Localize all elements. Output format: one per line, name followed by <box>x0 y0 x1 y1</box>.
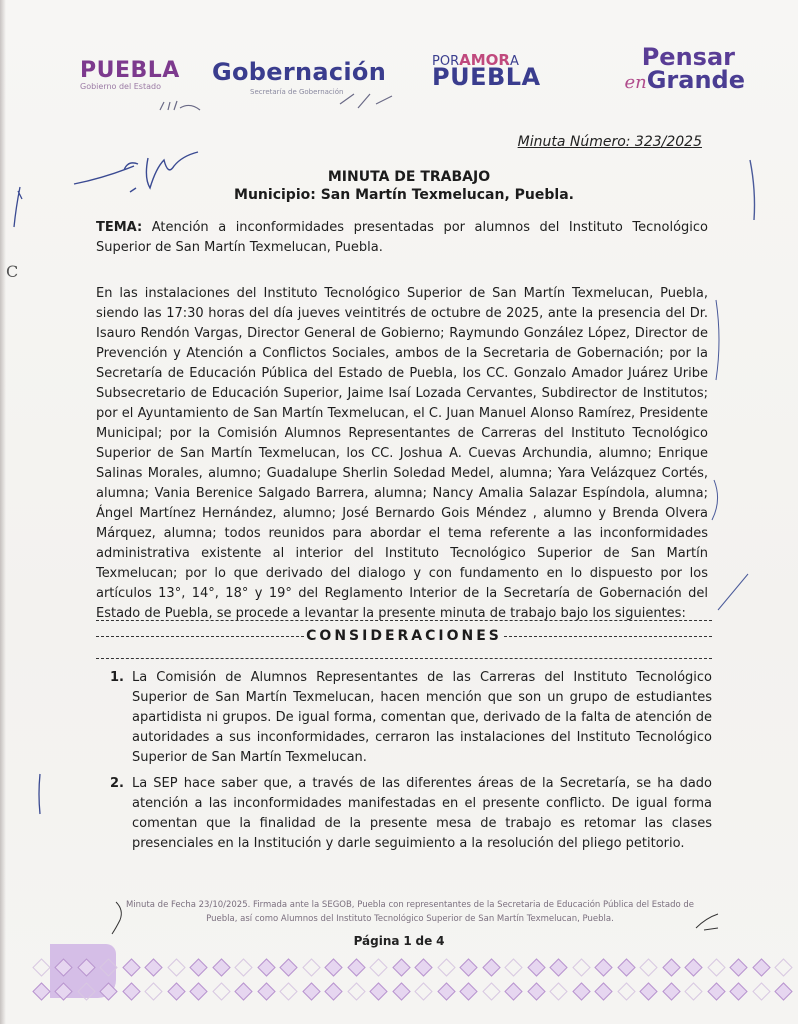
logo-en-grande: enGrande <box>600 69 745 94</box>
ornament-diamond <box>437 958 455 976</box>
ornament-diamond <box>167 958 185 976</box>
ornament-diamond <box>370 982 388 1000</box>
ornament-diamond <box>145 982 163 1000</box>
ornament-diamond <box>730 982 748 1000</box>
ornament-diamond <box>325 958 343 976</box>
ornament-diamond <box>302 982 320 1000</box>
ornament-diamond <box>662 958 680 976</box>
ornament-diamond <box>775 958 793 976</box>
ornament-diamond <box>100 958 118 976</box>
logo-gobernacion: Gobernación <box>212 58 386 86</box>
ornament-diamond <box>527 982 545 1000</box>
page-label: Página <box>354 934 400 948</box>
ornament-diamond <box>505 982 523 1000</box>
ornament-diamond <box>100 982 118 1000</box>
handwritten-initials-top <box>140 92 340 122</box>
ornament-diamond <box>212 982 230 1000</box>
ornament-diamond <box>482 982 500 1000</box>
ornament-diamond <box>235 958 253 976</box>
dashed-fill-right <box>504 636 712 637</box>
ornament-diamond <box>145 958 163 976</box>
ornament-diamond <box>55 982 73 1000</box>
ornament-diamond <box>257 982 275 1000</box>
consideration-item: 2. La SEP hace saber que, a través de la… <box>132 774 712 854</box>
tema-paragraph: TEMA: Atención a inconformidades present… <box>96 218 708 258</box>
document-page: PUEBLA Gobierno del Estado Gobernación S… <box>0 0 798 1024</box>
page-total: 4 <box>436 934 444 948</box>
ornament-diamond <box>415 958 433 976</box>
section-heading-row: CONSIDERACIONES <box>96 626 712 646</box>
ornament-diamond <box>685 982 703 1000</box>
page-of: de <box>416 934 433 948</box>
dashed-divider-top <box>96 620 712 621</box>
page-number: Página 1 de 4 <box>0 934 798 948</box>
item-text: La SEP hace saber que, a través de las d… <box>132 776 712 851</box>
tema-label: TEMA: <box>96 220 142 235</box>
ornament-diamond <box>775 982 793 1000</box>
logo-puebla-subtitle: Gobierno del Estado <box>80 82 161 91</box>
ornament-diamond <box>302 958 320 976</box>
item-text: La Comisión de Alumnos Representantes de… <box>132 670 712 765</box>
ornament-diamond <box>190 982 208 1000</box>
ornament-diamond <box>527 958 545 976</box>
logo-puebla: PUEBLA <box>80 58 180 83</box>
ornament-diamond <box>550 982 568 1000</box>
item-number: 2. <box>110 774 124 794</box>
ornament-diamond <box>685 958 703 976</box>
ornament-diamond <box>55 958 73 976</box>
margin-bracket-right <box>710 290 798 670</box>
logo-en: en <box>624 72 646 93</box>
logo-pensar-en-grande: Pensar enGrande <box>600 45 745 94</box>
ornament-diamond <box>505 958 523 976</box>
ornament-diamond <box>347 982 365 1000</box>
ornament-diamond <box>212 958 230 976</box>
ornament-diamond <box>77 982 95 1000</box>
footer-note: Minuta de Fecha 23/10/2025. Firmada ante… <box>120 898 700 926</box>
decorative-diamond-border <box>30 958 795 1002</box>
ornament-diamond <box>572 982 590 1000</box>
ornament-diamond <box>595 982 613 1000</box>
title-line-2: Municipio: San Martín Texmelucan, Puebla… <box>0 186 798 204</box>
section-heading: CONSIDERACIONES <box>304 628 504 644</box>
document-title: MINUTA DE TRABAJO Municipio: San Martín … <box>0 168 798 204</box>
ornament-diamond <box>595 958 613 976</box>
ornament-diamond <box>617 982 635 1000</box>
dashed-divider-bottom <box>96 658 712 659</box>
ornament-diamond <box>415 982 433 1000</box>
ornament-diamond <box>257 958 275 976</box>
item-number: 1. <box>110 668 124 688</box>
ornament-diamond <box>32 958 50 976</box>
ornament-diamond <box>640 958 658 976</box>
margin-mark-left-lower <box>30 770 50 820</box>
ornament-diamond <box>392 958 410 976</box>
ornament-diamond <box>550 958 568 976</box>
logo-por-amor-a-puebla: PORAMORA PUEBLA <box>432 50 541 87</box>
ornament-diamond <box>617 958 635 976</box>
ornament-diamond <box>752 982 770 1000</box>
ornament-diamond <box>752 958 770 976</box>
ornament-diamond <box>77 958 95 976</box>
ornament-diamond <box>572 958 590 976</box>
logo-grande: Grande <box>647 66 745 94</box>
consideration-item: 1. La Comisión de Alumnos Representantes… <box>132 668 712 768</box>
ornament-diamond <box>325 982 343 1000</box>
scan-edge-shadow <box>0 0 6 1024</box>
page-current: 1 <box>403 934 411 948</box>
margin-letter-c: C <box>6 262 18 281</box>
ornament-diamond <box>707 958 725 976</box>
ornament-diamond <box>482 958 500 976</box>
dashed-fill-left <box>96 636 304 637</box>
ornament-diamond <box>235 982 253 1000</box>
logo-amor-puebla: PUEBLA <box>432 67 541 87</box>
ornament-diamond <box>640 982 658 1000</box>
tema-text: Atención a inconformidades presentadas p… <box>96 220 708 255</box>
ornament-diamond <box>280 958 298 976</box>
ornament-diamond <box>460 958 478 976</box>
intro-paragraph: En las instalaciones del Instituto Tecno… <box>96 284 708 624</box>
ornament-diamond <box>122 958 140 976</box>
ornament-diamond <box>707 982 725 1000</box>
ornament-diamond <box>167 982 185 1000</box>
ornament-diamond <box>437 982 455 1000</box>
ornament-diamond <box>122 982 140 1000</box>
minuta-number: Minuta Número: 323/2025 <box>518 134 702 150</box>
ornament-diamond <box>190 958 208 976</box>
ornament-diamond <box>460 982 478 1000</box>
ornament-diamond <box>347 958 365 976</box>
title-line-1: MINUTA DE TRABAJO <box>0 168 798 186</box>
ornament-diamond <box>32 982 50 1000</box>
ornament-diamond <box>662 982 680 1000</box>
ornament-diamond <box>370 958 388 976</box>
ornament-diamond <box>280 982 298 1000</box>
ornament-diamond <box>392 982 410 1000</box>
ornament-diamond <box>730 958 748 976</box>
